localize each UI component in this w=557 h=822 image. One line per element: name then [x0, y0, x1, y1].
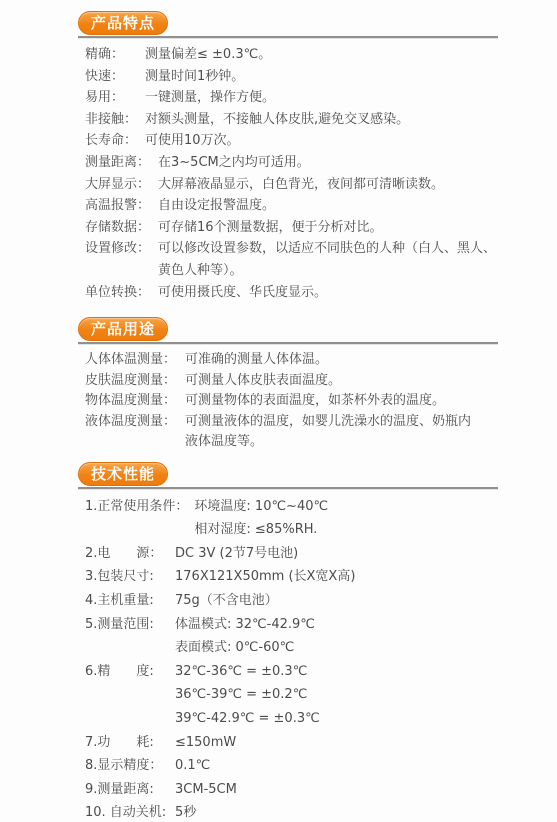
spec-value-line: 0.1℃: [175, 754, 517, 778]
feature-item: 精确： 测量偏差≤ ±0.3℃。: [85, 44, 517, 66]
spec-value: 176X121X50mm (长X宽X高): [175, 565, 517, 589]
spec-value-line: 环境温度: 10℃~40℃: [194, 495, 517, 519]
feature-item: 快速： 测量时间1秒钟。: [85, 66, 517, 88]
feature-label: 精确：: [85, 44, 137, 66]
spec-value-line: 39℃-42.9℃ = ±0.3℃: [175, 707, 517, 731]
feature-desc: 可以修改设置参数，以适应不同肤色的人种（白人、黑人、 黄色人种等）。: [158, 238, 517, 281]
use-item: 物体温度测量： 可测量物体的表面温度，如茶杯外表的温度。: [85, 391, 517, 412]
feature-label: 长寿命：: [85, 130, 137, 152]
spec-value-line: 36℃-39℃ = ±0.2℃: [175, 683, 517, 707]
spec-value-line: 5秒: [175, 801, 517, 822]
feature-desc: 可使用10万次。: [145, 130, 517, 152]
feature-desc-line: 一键测量，操作方便。: [145, 87, 517, 109]
feature-item: 存储数据： 可存储16个测量数据，便于分析对比。: [85, 217, 517, 239]
spec-item: 9.测量距离: 3CM-5CM: [85, 778, 517, 802]
spec-value-line: 3CM-5CM: [175, 778, 517, 802]
section-product-uses: 产品用途 人体体温测量： 可准确的测量人体体温。 皮肤温度测量： 可测量人体皮肤…: [85, 317, 517, 453]
use-label: 皮肤温度测量：: [85, 371, 177, 392]
spec-value: 5秒: [175, 801, 517, 822]
feature-label: 设置修改：: [85, 238, 150, 260]
spec-value: ≤150mW: [175, 731, 517, 755]
spec-label: 8.显示精度：: [85, 754, 169, 778]
feature-item: 非接触： 对额头测量，不接触人体皮肤,避免交叉感染。: [85, 109, 517, 131]
feature-item: 设置修改： 可以修改设置参数，以适应不同肤色的人种（白人、黑人、 黄色人种等）。: [85, 238, 517, 281]
spec-item: 7.功 耗: ≤150mW: [85, 731, 517, 755]
use-desc-line: 可测量液体的温度，如婴儿洗澡水的温度、奶瓶内: [185, 412, 517, 433]
feature-item: 大屏显示： 大屏幕液晶显示，白色背光，夜间都可清晰读数。: [85, 174, 517, 196]
section-header: 产品特点: [78, 11, 517, 35]
spec-label: 10. 自动关机:: [85, 801, 169, 822]
feature-desc-line: 黄色人种等）。: [158, 260, 517, 282]
spec-value: 体温模式: 32℃-42.9℃ 表面模式: 0℃-60℃: [175, 613, 517, 660]
use-label: 液体温度测量：: [85, 412, 177, 433]
spec-value-line: 相对湿度: ≤85%RH.: [194, 518, 517, 542]
feature-desc-line: 测量时间1秒钟。: [145, 66, 517, 88]
use-list: 人体体温测量： 可准确的测量人体体温。 皮肤温度测量： 可测量人体皮肤表面温度。…: [85, 350, 517, 453]
feature-list: 精确： 测量偏差≤ ±0.3℃。 快速： 测量时间1秒钟。 易用： 一键测量，操…: [85, 44, 517, 303]
feature-desc: 可存储16个测量数据，便于分析对比。: [158, 217, 517, 239]
feature-desc: 在3~5CM之内均可适用。: [158, 152, 517, 174]
spec-item: 5.测量范围: 体温模式: 32℃-42.9℃ 表面模式: 0℃-60℃: [85, 613, 517, 660]
feature-label: 非接触：: [85, 109, 137, 131]
use-item: 液体温度测量： 可测量液体的温度，如婴儿洗澡水的温度、奶瓶内 液体温度等。: [85, 412, 517, 453]
spec-value-line: DC 3V (2节7号电池): [175, 542, 517, 566]
spec-value: 3CM-5CM: [175, 778, 517, 802]
spec-label: 5.测量范围:: [85, 613, 169, 637]
product-spec-page: 产品特点 精确： 测量偏差≤ ±0.3℃。 快速： 测量时间1秒钟。 易用： 一…: [0, 0, 557, 822]
feature-label: 快速：: [85, 66, 137, 88]
spec-value: 环境温度: 10℃~40℃ 相对湿度: ≤85%RH.: [194, 495, 517, 542]
section-header: 技术性能: [78, 462, 517, 486]
feature-desc: 一键测量，操作方便。: [145, 87, 517, 109]
feature-desc-line: 可以修改设置参数，以适应不同肤色的人种（白人、黑人、: [158, 238, 517, 260]
section-divider: [78, 342, 498, 344]
use-item: 皮肤温度测量： 可测量人体皮肤表面温度。: [85, 371, 517, 392]
feature-label: 测量距离：: [85, 152, 150, 174]
feature-desc: 自由设定报警温度。: [158, 195, 517, 217]
spec-value-line: 75g（不含电池）: [175, 589, 517, 613]
feature-item: 易用： 一键测量，操作方便。: [85, 87, 517, 109]
spec-value: 75g（不含电池）: [175, 589, 517, 613]
spec-item: 4.主机重量: 75g（不含电池）: [85, 589, 517, 613]
use-desc-line: 液体温度等。: [185, 432, 517, 453]
spec-value: 0.1℃: [175, 754, 517, 778]
section-header: 产品用途: [78, 317, 517, 341]
spec-value: 32℃-36℃ = ±0.3℃ 36℃-39℃ = ±0.2℃ 39℃-42.9…: [175, 660, 517, 731]
spec-label: 9.测量距离:: [85, 778, 169, 802]
use-label: 物体温度测量：: [85, 391, 177, 412]
spec-item: 1.正常使用条件： 环境温度: 10℃~40℃ 相对湿度: ≤85%RH.: [85, 495, 517, 542]
section-title-badge: 产品用途: [78, 317, 168, 341]
feature-desc: 测量时间1秒钟。: [145, 66, 517, 88]
use-desc: 可测量人体皮肤表面温度。: [185, 371, 517, 392]
spec-value-line: 32℃-36℃ = ±0.3℃: [175, 660, 517, 684]
spec-item: 6.精 度: 32℃-36℃ = ±0.3℃ 36℃-39℃ = ±0.2℃ 3…: [85, 660, 517, 731]
feature-desc-line: 可使用摄氏度、华氏度显示。: [158, 282, 517, 304]
feature-desc: 测量偏差≤ ±0.3℃。: [145, 44, 517, 66]
spec-label: 4.主机重量:: [85, 589, 169, 613]
spec-label: 1.正常使用条件：: [85, 495, 188, 519]
feature-label: 存储数据：: [85, 217, 150, 239]
spec-item: 3.包装尺寸: 176X121X50mm (长X宽X高): [85, 565, 517, 589]
use-label: 人体体温测量：: [85, 350, 177, 371]
feature-desc-line: 可存储16个测量数据，便于分析对比。: [158, 217, 517, 239]
spec-value: DC 3V (2节7号电池): [175, 542, 517, 566]
section-technical-specs: 技术性能 1.正常使用条件： 环境温度: 10℃~40℃ 相对湿度: ≤85%R…: [85, 462, 517, 822]
use-desc-line: 可准确的测量人体体温。: [185, 350, 517, 371]
section-divider: [78, 36, 498, 38]
feature-desc: 对额头测量，不接触人体皮肤,避免交叉感染。: [145, 109, 517, 131]
feature-desc-line: 对额头测量，不接触人体皮肤,避免交叉感染。: [145, 109, 517, 131]
spec-list: 1.正常使用条件： 环境温度: 10℃~40℃ 相对湿度: ≤85%RH. 2.…: [85, 495, 517, 822]
section-product-features: 产品特点 精确： 测量偏差≤ ±0.3℃。 快速： 测量时间1秒钟。 易用： 一…: [85, 11, 517, 303]
spec-item: 8.显示精度： 0.1℃: [85, 754, 517, 778]
use-item: 人体体温测量： 可准确的测量人体体温。: [85, 350, 517, 371]
feature-label: 大屏显示：: [85, 174, 150, 196]
spec-label: 7.功 耗:: [85, 731, 169, 755]
spec-value-line: 体温模式: 32℃-42.9℃: [175, 613, 517, 637]
spec-value-line: ≤150mW: [175, 731, 517, 755]
section-divider: [78, 487, 498, 489]
section-title-badge: 产品特点: [78, 11, 168, 35]
feature-item: 高温报警： 自由设定报警温度。: [85, 195, 517, 217]
feature-item: 长寿命： 可使用10万次。: [85, 130, 517, 152]
spec-label: 6.精 度:: [85, 660, 169, 684]
feature-label: 高温报警：: [85, 195, 150, 217]
section-title-badge: 技术性能: [78, 462, 168, 486]
spec-item: 10. 自动关机: 5秒: [85, 801, 517, 822]
spec-label: 3.包装尺寸:: [85, 565, 169, 589]
feature-item: 测量距离： 在3~5CM之内均可适用。: [85, 152, 517, 174]
feature-desc-line: 可使用10万次。: [145, 130, 517, 152]
feature-desc-line: 自由设定报警温度。: [158, 195, 517, 217]
feature-label: 易用：: [85, 87, 137, 109]
spec-value-line: 表面模式: 0℃-60℃: [175, 636, 517, 660]
feature-label: 单位转换：: [85, 282, 150, 304]
feature-item: 单位转换： 可使用摄氏度、华氏度显示。: [85, 282, 517, 304]
spec-label: 2.电 源：: [85, 542, 169, 566]
use-desc: 可测量液体的温度，如婴儿洗澡水的温度、奶瓶内 液体温度等。: [185, 412, 517, 453]
feature-desc: 可使用摄氏度、华氏度显示。: [158, 282, 517, 304]
use-desc: 可测量物体的表面温度，如茶杯外表的温度。: [185, 391, 517, 412]
feature-desc-line: 测量偏差≤ ±0.3℃。: [145, 44, 517, 66]
use-desc-line: 可测量人体皮肤表面温度。: [185, 371, 517, 392]
feature-desc-line: 在3~5CM之内均可适用。: [158, 152, 517, 174]
spec-value-line: 176X121X50mm (长X宽X高): [175, 565, 517, 589]
feature-desc: 大屏幕液晶显示，白色背光，夜间都可清晰读数。: [158, 174, 517, 196]
spec-item: 2.电 源： DC 3V (2节7号电池): [85, 542, 517, 566]
feature-desc-line: 大屏幕液晶显示，白色背光，夜间都可清晰读数。: [158, 174, 517, 196]
use-desc-line: 可测量物体的表面温度，如茶杯外表的温度。: [185, 391, 517, 412]
use-desc: 可准确的测量人体体温。: [185, 350, 517, 371]
